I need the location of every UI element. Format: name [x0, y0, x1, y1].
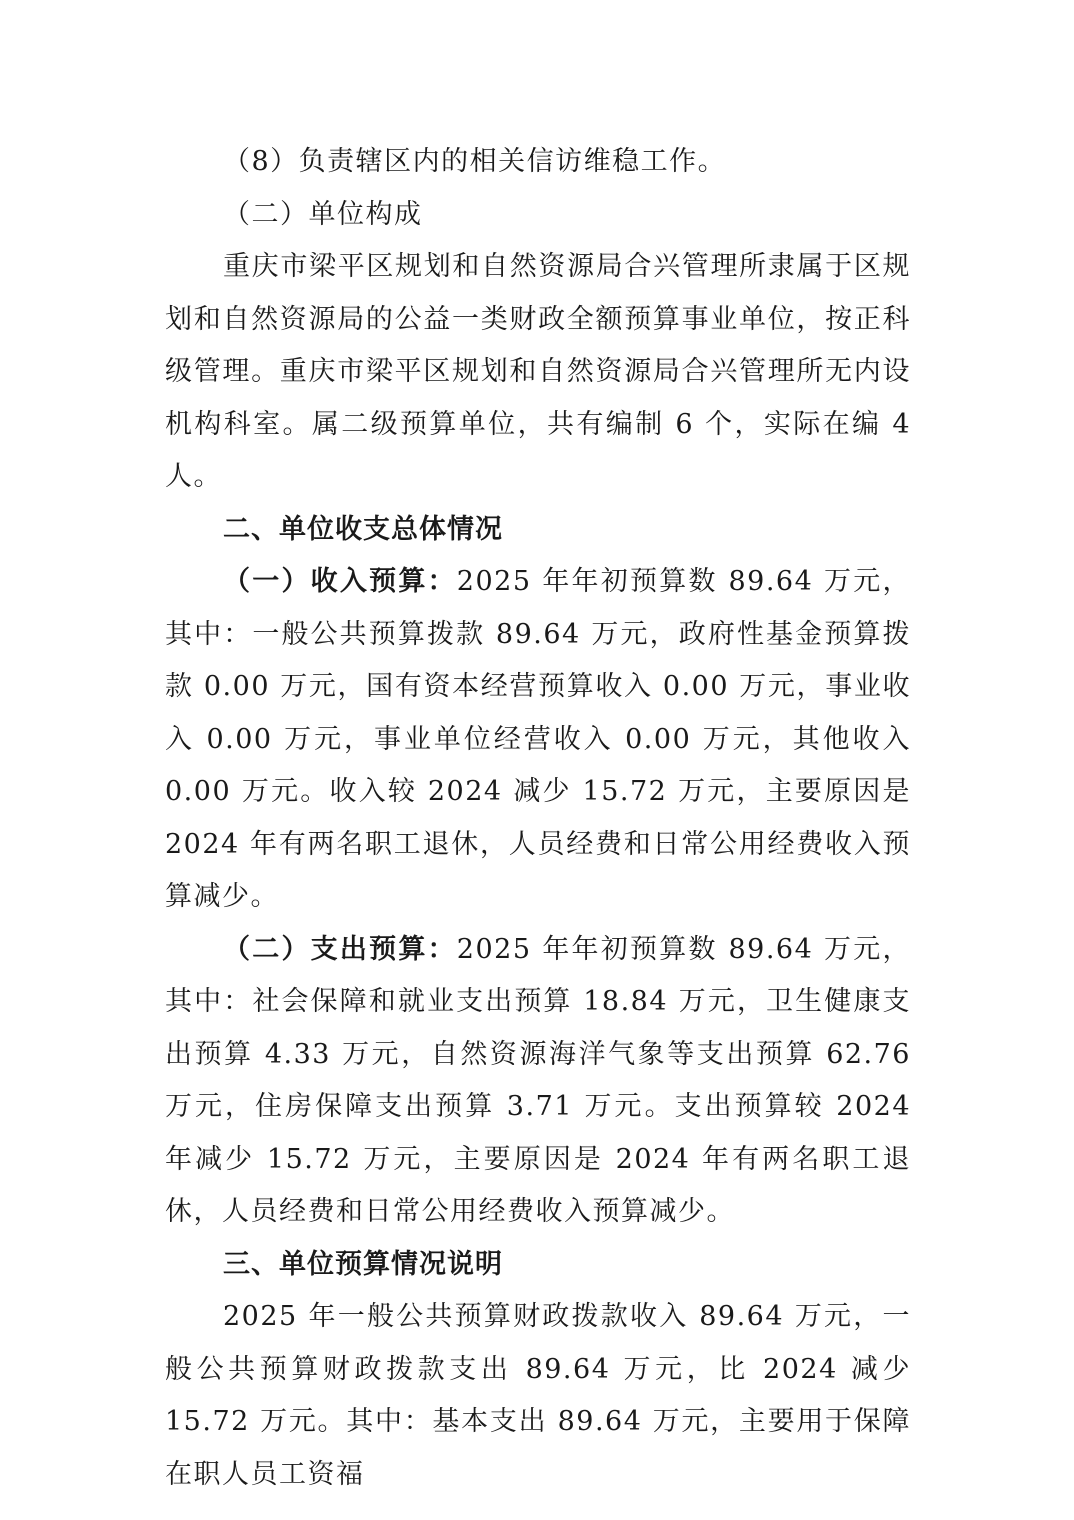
income-budget-text: 2025 年年初预算数 89.64 万元，其中：一般公共预算拨款 89.64 万…: [165, 566, 911, 912]
duty-item-8: （8）负责辖区内的相关信访维稳工作。: [165, 136, 911, 189]
expense-budget-lead: （二）支出预算：: [223, 934, 457, 965]
section-unit-composition-heading: （二）单位构成: [165, 189, 911, 242]
section-2-heading: 二、单位收支总体情况: [165, 504, 911, 557]
income-budget-lead: （一）收入预算：: [223, 566, 457, 597]
expense-budget-text: 2025 年年初预算数 89.64 万元，其中：社会保障和就业支出预算 18.8…: [165, 934, 911, 1228]
budget-explanation-paragraph: 2025 年一般公共预算财政拨款收入 89.64 万元，一般公共预算财政拨款支出…: [165, 1291, 911, 1501]
unit-composition-paragraph: 重庆市梁平区规划和自然资源局合兴管理所隶属于区规划和自然资源局的公益一类财政全额…: [165, 241, 911, 504]
expense-budget-paragraph: （二）支出预算：2025 年年初预算数 89.64 万元，其中：社会保障和就业支…: [165, 924, 911, 1239]
document-page: （8）负责辖区内的相关信访维稳工作。 （二）单位构成 重庆市梁平区规划和自然资源…: [165, 136, 911, 1501]
section-3-heading: 三、单位预算情况说明: [165, 1239, 911, 1292]
income-budget-paragraph: （一）收入预算：2025 年年初预算数 89.64 万元，其中：一般公共预算拨款…: [165, 556, 911, 924]
